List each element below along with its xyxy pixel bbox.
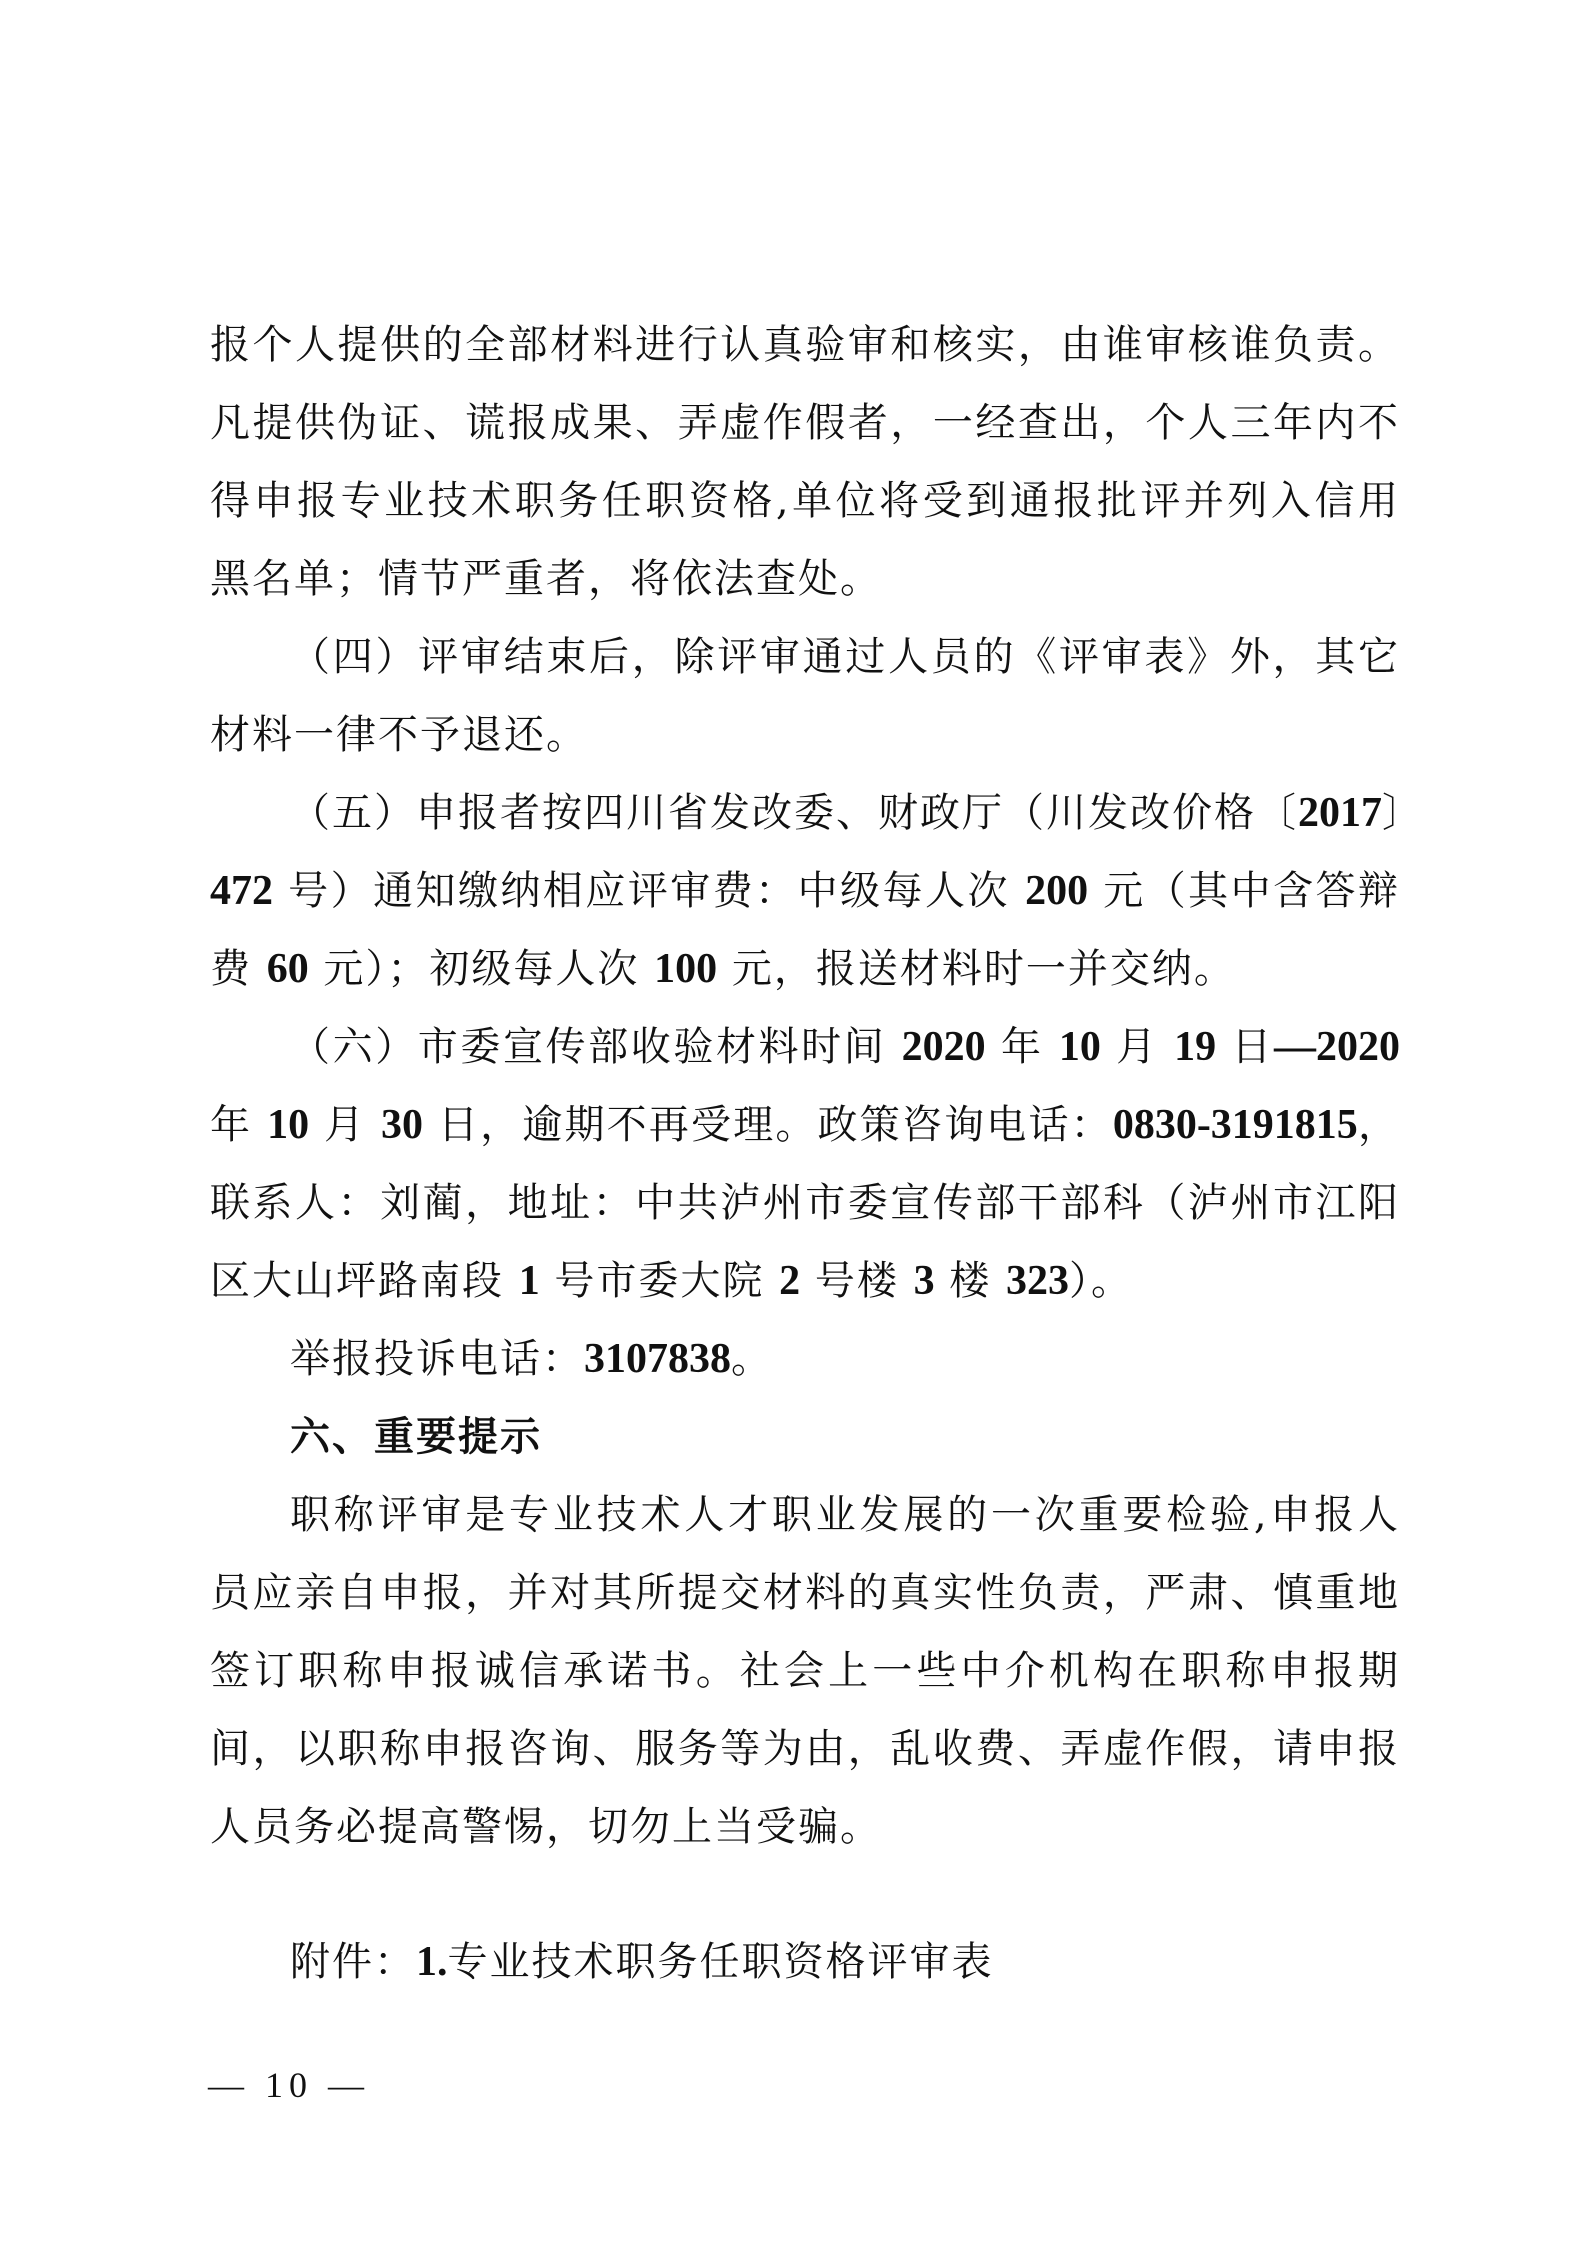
number: 2020 xyxy=(902,1024,986,1070)
text: 号市委大院 xyxy=(540,1258,779,1304)
item-5-line-2: 472 号）通知缴纳相应评审费：中级每人次 200 元（其中含答辩 xyxy=(210,861,1400,921)
text: 元（其中含答辩 xyxy=(1088,868,1400,914)
item-6-line-4: 区大山坪路南段 1 号市委大院 2 号楼 3 楼 323）。 xyxy=(210,1251,1400,1311)
text: 楼 xyxy=(935,1258,1006,1304)
section-6-line: 职称评审是专业技术人才职业发展的一次重要检验,申报人 xyxy=(290,1485,1400,1545)
attachment-title: 专业技术职务任职资格评审表 xyxy=(448,1939,994,1985)
report-phone-number: 3107838 xyxy=(584,1336,731,1382)
text: 区大山坪路南段 xyxy=(210,1258,519,1304)
number: 100 xyxy=(654,946,717,992)
text: 月 xyxy=(309,1102,381,1148)
text: （五）申报者按四川省发改委、财政厅（川发改价格〔 xyxy=(290,790,1298,836)
item-4-line: （四）评审结束后，除评审通过人员的《评审表》外，其它 xyxy=(290,627,1400,687)
number: 2017 xyxy=(1298,790,1382,836)
text: 号）通知缴纳相应评审费：中级每人次 xyxy=(273,868,1025,914)
number: 1 xyxy=(519,1258,540,1304)
number: 30 xyxy=(381,1102,423,1148)
paragraph-line: 报个人提供的全部材料进行认真验审和核实，由谁审核谁负责。 xyxy=(210,315,1400,375)
text: 月 xyxy=(1101,1024,1174,1070)
text: 年 xyxy=(210,1102,267,1148)
section-6-line: 间，以职称申报咨询、服务等为由，乱收费、弄虚作假，请申报 xyxy=(210,1719,1400,1779)
report-phone-line: 举报投诉电话：3107838。 xyxy=(290,1329,1400,1389)
number: 200 xyxy=(1025,868,1088,914)
text: 日，逾期不再受理。政策咨询电话： xyxy=(423,1102,1113,1148)
number: 323 xyxy=(1006,1258,1069,1304)
attachment-label: 附件： xyxy=(290,1939,416,1985)
number: —2020 xyxy=(1274,1024,1400,1070)
number: 19 xyxy=(1174,1024,1216,1070)
text: 日 xyxy=(1216,1024,1274,1070)
text: （六）市委宣传部收验材料时间 xyxy=(290,1024,902,1070)
section-6-line: 人员务必提高警惕，切勿上当受骗。 xyxy=(210,1797,1400,1857)
paragraph-line: 黑名单；情节严重者，将依法查处。 xyxy=(210,549,1400,609)
page-number: — 10 — xyxy=(208,2060,370,2110)
paragraph-line: 凡提供伪证、谎报成果、弄虚作假者，一经查出，个人三年内不 xyxy=(210,393,1400,453)
section-6-line: 签订职称申报诚信承诺书。社会上一些中介机构在职称申报期 xyxy=(210,1641,1400,1701)
item-5-line-1: （五）申报者按四川省发改委、财政厅（川发改价格〔2017〕 xyxy=(290,783,1400,843)
attachment-line: 附件：1.专业技术职务任职资格评审表 xyxy=(290,1932,1400,1992)
text: 元）；初级每人次 xyxy=(309,946,654,992)
number: 10 xyxy=(267,1102,309,1148)
item-4-line: 材料一律不予退还。 xyxy=(210,705,1400,765)
number: 3 xyxy=(914,1258,935,1304)
report-phone-label: 举报投诉电话： xyxy=(290,1336,584,1382)
text: 元，报送材料时一并交纳。 xyxy=(717,946,1236,992)
attachment-number: 1. xyxy=(416,1939,448,1985)
number: 472 xyxy=(210,868,273,914)
number: 2 xyxy=(779,1258,800,1304)
number: 60 xyxy=(267,946,309,992)
item-6-line-2: 年 10 月 30 日，逾期不再受理。政策咨询电话：0830-3191815， xyxy=(210,1095,1400,1155)
section-6-line: 员应亲自申报，并对其所提交材料的真实性负责，严肃、慎重地 xyxy=(210,1563,1400,1623)
paragraph-line: 得申报专业技术职务任职资格,单位将受到通报批评并列入信用 xyxy=(210,471,1400,531)
text: 号楼 xyxy=(800,1258,913,1304)
text: ， xyxy=(1358,1102,1400,1148)
item-5-line-3: 费 60 元）；初级每人次 100 元，报送材料时一并交纳。 xyxy=(210,939,1400,999)
text: 。 xyxy=(731,1336,773,1382)
text: 费 xyxy=(210,946,267,992)
text: 年 xyxy=(986,1024,1059,1070)
text: ）。 xyxy=(1069,1258,1133,1304)
number: 10 xyxy=(1059,1024,1101,1070)
phone-number: 0830-3191815 xyxy=(1113,1102,1358,1148)
text: 〕 xyxy=(1382,790,1424,836)
item-6-line-3: 联系人：刘蔺，地址：中共泸州市委宣传部干部科（泸州市江阳 xyxy=(210,1173,1400,1233)
item-6-line-1: （六）市委宣传部收验材料时间 2020 年 10 月 19 日—2020 xyxy=(290,1017,1400,1077)
section-heading: 六、重要提示 xyxy=(290,1407,1400,1467)
